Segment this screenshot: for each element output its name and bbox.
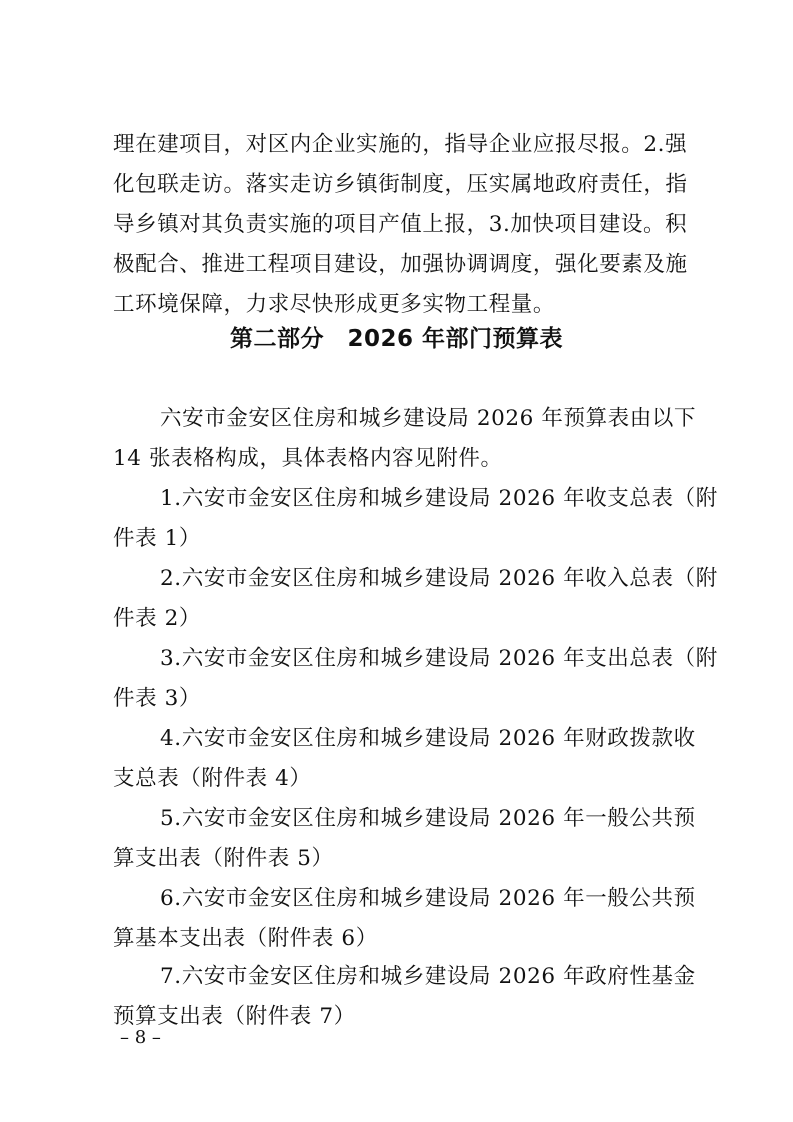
list-item-line: 算基本支出表（附件表 6） (113, 925, 673, 953)
list-item-line: 4.六安市金安区住房和城乡建设局 2026 年财政拨款收 (160, 725, 673, 753)
paragraph-line: 化包联走访。落实走访乡镇街制度，压实属地政府责任，指 (113, 171, 673, 199)
list-item-line: 6.六安市金安区住房和城乡建设局 2026 年一般公共预 (160, 885, 673, 913)
paragraph-line: 导乡镇对其负责实施的项目产值上报，3.加快项目建设。积 (113, 211, 673, 239)
list-item-line: 件表 2） (113, 605, 673, 633)
list-item-line: 预算支出表（附件表 7） (113, 1003, 673, 1031)
paragraph-line: 理在建项目，对区内企业实施的，指导企业应报尽报。2.强 (113, 131, 673, 159)
paragraph-line: 六安市金安区住房和城乡建设局 2026 年预算表由以下 (160, 405, 673, 433)
paragraph-line: 工环境保障，力求尽快形成更多实物工程量。 (113, 291, 673, 319)
list-item-line: 1.六安市金安区住房和城乡建设局 2026 年收支总表（附 (160, 485, 673, 513)
section-heading: 第二部分 2026 年部门预算表 (0, 324, 793, 354)
list-item-line: 支总表（附件表 4） (113, 765, 673, 793)
paragraph-line: 极配合、推进工程项目建设，加强协调调度，强化要素及施 (113, 251, 673, 279)
list-item-line: 件表 1） (113, 525, 673, 553)
paragraph-line: 14 张表格构成，具体表格内容见附件。 (113, 445, 673, 473)
page-number: – 8 – (120, 1026, 161, 1050)
list-item-line: 7.六安市金安区住房和城乡建设局 2026 年政府性基金 (160, 963, 673, 991)
list-item-line: 算支出表（附件表 5） (113, 845, 673, 873)
list-item-line: 件表 3） (113, 685, 673, 713)
list-item-line: 3.六安市金安区住房和城乡建设局 2026 年支出总表（附 (160, 645, 673, 673)
list-item-line: 5.六安市金安区住房和城乡建设局 2026 年一般公共预 (160, 805, 673, 833)
list-item-line: 2.六安市金安区住房和城乡建设局 2026 年收入总表（附 (160, 565, 673, 593)
